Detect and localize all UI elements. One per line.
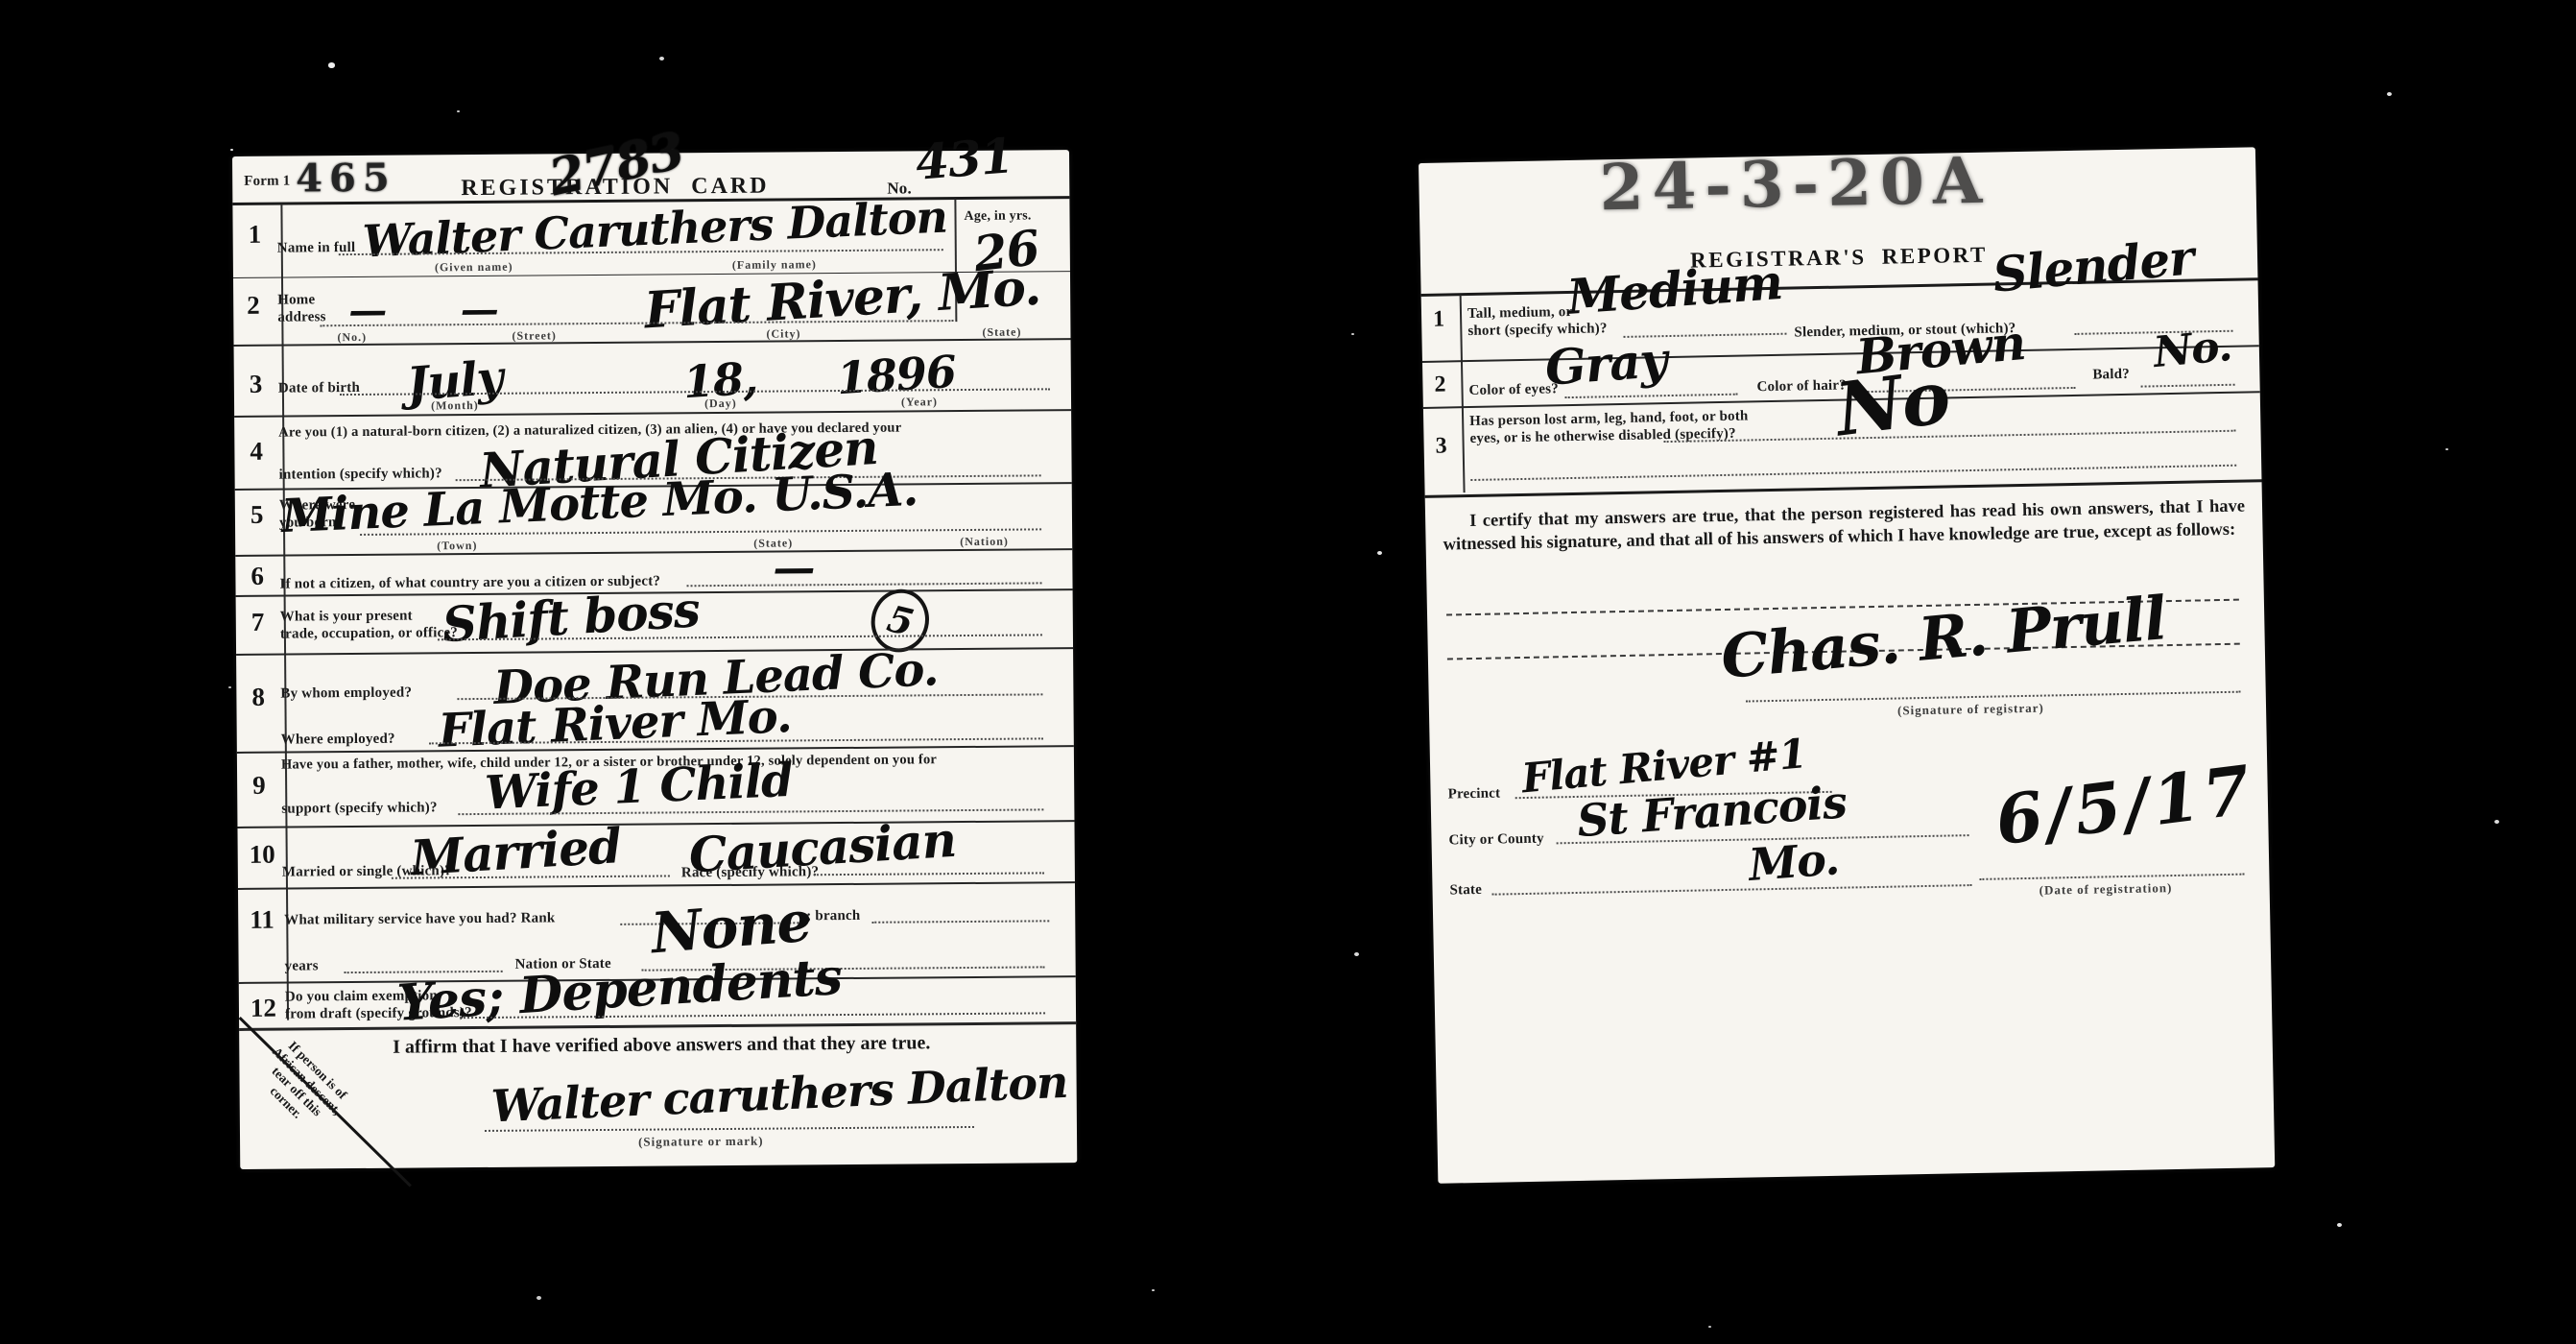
row11-label-branch: ; branch: [806, 908, 860, 924]
row10-number: 10: [250, 840, 275, 870]
row3-sub-year: (Year): [901, 395, 938, 409]
state-value: Mo.: [1748, 836, 1841, 887]
row3-number: 3: [250, 370, 263, 399]
row2-sub-no: (No.): [337, 330, 367, 345]
rrow3-extra-line: [1470, 465, 2236, 481]
row1-sub-family: (Family name): [732, 257, 817, 273]
bald-answer: No.: [2152, 325, 2233, 374]
city-county-label: City or County: [1448, 831, 1544, 850]
row8-label-employer: By whom employed?: [280, 685, 412, 703]
corner-note: If person is of African descent, tear of…: [223, 1008, 381, 1164]
row5-sub-town: (Town): [437, 539, 477, 553]
row11-label-years: years: [285, 958, 319, 974]
affirmation-text: I affirm that I have verified above answ…: [297, 1032, 1026, 1060]
eyes-answer-line: [1565, 394, 1738, 398]
row6-number: 6: [250, 562, 264, 591]
row4-label-2: intention (specify which)?: [279, 466, 442, 483]
card-number-value: 431: [914, 132, 1014, 187]
row12-separator: [239, 1021, 1076, 1031]
rrow2-label-eyes: Color of eyes?: [1468, 381, 1559, 399]
race-answer: Caucasian: [687, 816, 957, 880]
birth-year: 1896: [836, 349, 958, 400]
branch-line: [871, 920, 1049, 923]
registrant-signature: Walter caruthers Dalton: [490, 1060, 1068, 1129]
registration-card: Form 1 465 REGISTRATION CARD 2783 No. 43…: [232, 150, 1077, 1169]
row7-label-2: trade, occupation, or office?: [280, 625, 458, 642]
row3-separator: [234, 409, 1071, 418]
disability-answer: No: [1832, 361, 1954, 447]
rrow2-number: 2: [1434, 372, 1446, 397]
row4-number: 4: [250, 437, 263, 467]
certification-text: I certify that my answers are true, that…: [1443, 495, 2246, 557]
dependents-answer: Wife 1 Child: [484, 757, 793, 817]
serial-number-stamp: 465: [296, 156, 396, 202]
row2-label-1: Home: [277, 292, 315, 308]
row2-label-2: address: [277, 309, 325, 325]
row2-sub-state: (State): [982, 325, 1021, 340]
married-answer: Married: [409, 822, 622, 882]
precinct-label: Precinct: [1447, 785, 1500, 803]
eyes-answer: Gray: [1543, 336, 1668, 393]
row2-sub-city: (City): [766, 326, 800, 341]
report-number-column-rule: [1460, 295, 1466, 492]
row7-number: 7: [251, 608, 265, 637]
rrow3-number: 3: [1435, 433, 1447, 459]
state-label: State: [1449, 882, 1482, 900]
row8-label-where: Where employed?: [281, 732, 395, 749]
registration-date-line: [1979, 874, 2244, 880]
row5-sub-nation: (Nation): [960, 535, 1009, 549]
height-answer: Medium: [1565, 258, 1783, 322]
row11-number: 11: [250, 905, 274, 935]
employment-place-answer: Flat River Mo.: [438, 693, 793, 755]
build-answer: Slender: [1991, 233, 2195, 299]
registrar-signature-caption: (Signature of registrar): [1897, 701, 2044, 719]
row2-number: 2: [247, 291, 260, 321]
row8-number: 8: [251, 683, 265, 712]
row9-number: 9: [252, 771, 266, 801]
state-line: [1492, 884, 1972, 896]
rrow1-label-1: Tall, medium, or: [1467, 304, 1573, 323]
bald-answer-line: [2141, 384, 2235, 388]
row5-number: 5: [250, 500, 264, 530]
row9-label-2: support (specify which)?: [281, 800, 437, 817]
row10-separator: [238, 881, 1075, 890]
rrow1-number: 1: [1433, 307, 1445, 333]
registrar-signature: Chas. R. Prull: [1719, 588, 2169, 687]
row5-separator: [235, 548, 1072, 557]
registration-date-value: 6/5/17: [1992, 756, 2258, 855]
signature-caption: (Signature or mark): [638, 1134, 764, 1150]
file-number-stamp: 24-3-20A: [1599, 143, 1992, 226]
row1-number: 1: [249, 220, 262, 250]
rrow2-label-bald: Bald?: [2092, 367, 2130, 384]
registrars-report-card: 24-3-20A REGISTRAR'S REPORT 1 Tall, medi…: [1419, 147, 2275, 1184]
row3-sub-month: (Month): [431, 398, 479, 413]
row11-label-rank: What military service have you had? Rank: [284, 910, 555, 928]
dust-specks: [230, 149, 233, 151]
form-number-label: Form 1: [244, 174, 290, 190]
row3-sub-day: (Day): [704, 396, 737, 411]
registration-date-caption: (Date of registration): [2039, 880, 2173, 899]
row7-label-1: What is your present: [280, 609, 413, 626]
row1-sub-given: (Given name): [435, 260, 513, 276]
